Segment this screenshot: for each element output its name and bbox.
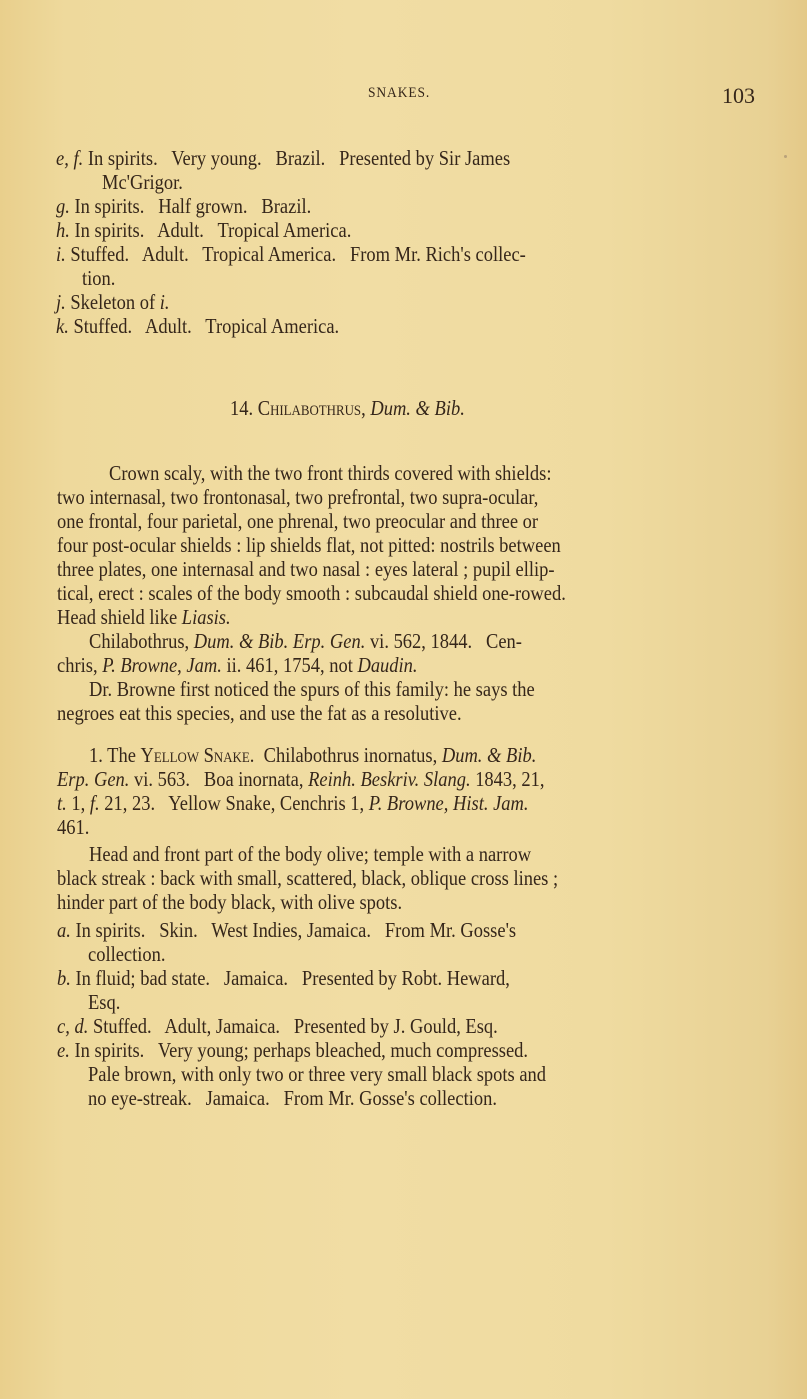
genus-heading: 14. Chilabothrus, Dum. & Bib. xyxy=(230,396,465,421)
species-description-line: black streak : back with small, scattere… xyxy=(57,866,558,890)
note-line: Dr. Browne first noticed the spurs of th… xyxy=(89,677,535,701)
specimen-entry: j. Skeleton of i. xyxy=(56,290,170,314)
specimen-entry: h. In spirits. Adult. Tropical America. xyxy=(56,218,351,242)
specimen-entry: k. Stuffed. Adult. Tropical America. xyxy=(56,314,339,338)
page-blemish xyxy=(784,155,787,158)
genus-description-line: tical, erect : scales of the body smooth… xyxy=(57,581,566,605)
specimen-continuation: collection. xyxy=(88,942,166,966)
species-reference-line: 461. xyxy=(57,815,89,839)
page-number: 103 xyxy=(722,83,755,109)
species-description-line: Head and front part of the body olive; t… xyxy=(89,842,531,866)
specimen-entry: b. In fluid; bad state. Jamaica. Present… xyxy=(57,966,510,990)
genus-description-line: four post-ocular shields : lip shields f… xyxy=(57,533,561,557)
running-title: SNAKES. xyxy=(368,85,430,102)
specimen-continuation: Mc'Grigor. xyxy=(102,170,183,194)
specimen-continuation: Pale brown, with only two or three very … xyxy=(88,1062,546,1086)
species-reference-line: t. 1, f. 21, 23. Yellow Snake, Cenchris … xyxy=(57,791,529,815)
species-reference-line: Erp. Gen. vi. 563. Boa inornata, Reinh. … xyxy=(57,767,545,791)
specimen-continuation: no eye-streak. Jamaica. From Mr. Gosse's… xyxy=(88,1086,497,1110)
specimen-entry: g. In spirits. Half grown. Brazil. xyxy=(56,194,311,218)
book-page: SNAKES. 103 e, f. In spirits. Very young… xyxy=(0,0,807,1399)
note-line: negroes eat this species, and use the fa… xyxy=(57,701,462,725)
specimen-continuation: tion. xyxy=(82,266,115,290)
species-heading: 1. The Yellow Snake. Chilabothrus inorna… xyxy=(89,743,536,767)
synonymy-line: Chilabothrus, Dum. & Bib. Erp. Gen. vi. … xyxy=(89,629,522,653)
genus-description-line: two internasal, two frontonasal, two pre… xyxy=(57,485,538,509)
genus-description-line: three plates, one internasal and two nas… xyxy=(57,557,555,581)
specimen-entry: e, f. In spirits. Very young. Brazil. Pr… xyxy=(56,146,510,170)
specimen-entry: c, d. Stuffed. Adult, Jamaica. Presented… xyxy=(57,1014,498,1038)
genus-description-line: one frontal, four parietal, one phrenal,… xyxy=(57,509,538,533)
genus-description-line: Crown scaly, with the two front thirds c… xyxy=(109,461,551,485)
specimen-entry: e. In spirits. Very young; perhaps bleac… xyxy=(57,1038,528,1062)
specimen-entry: a. In spirits. Skin. West Indies, Jamaic… xyxy=(57,918,516,942)
species-description-line: hinder part of the body black, with oliv… xyxy=(57,890,402,914)
synonymy-line: chris, P. Browne, Jam. ii. 461, 1754, no… xyxy=(57,653,418,677)
genus-description-line: Head shield like Liasis. xyxy=(57,605,231,629)
specimen-entry: i. Stuffed. Adult. Tropical America. Fro… xyxy=(56,242,526,266)
specimen-continuation: Esq. xyxy=(88,990,120,1014)
